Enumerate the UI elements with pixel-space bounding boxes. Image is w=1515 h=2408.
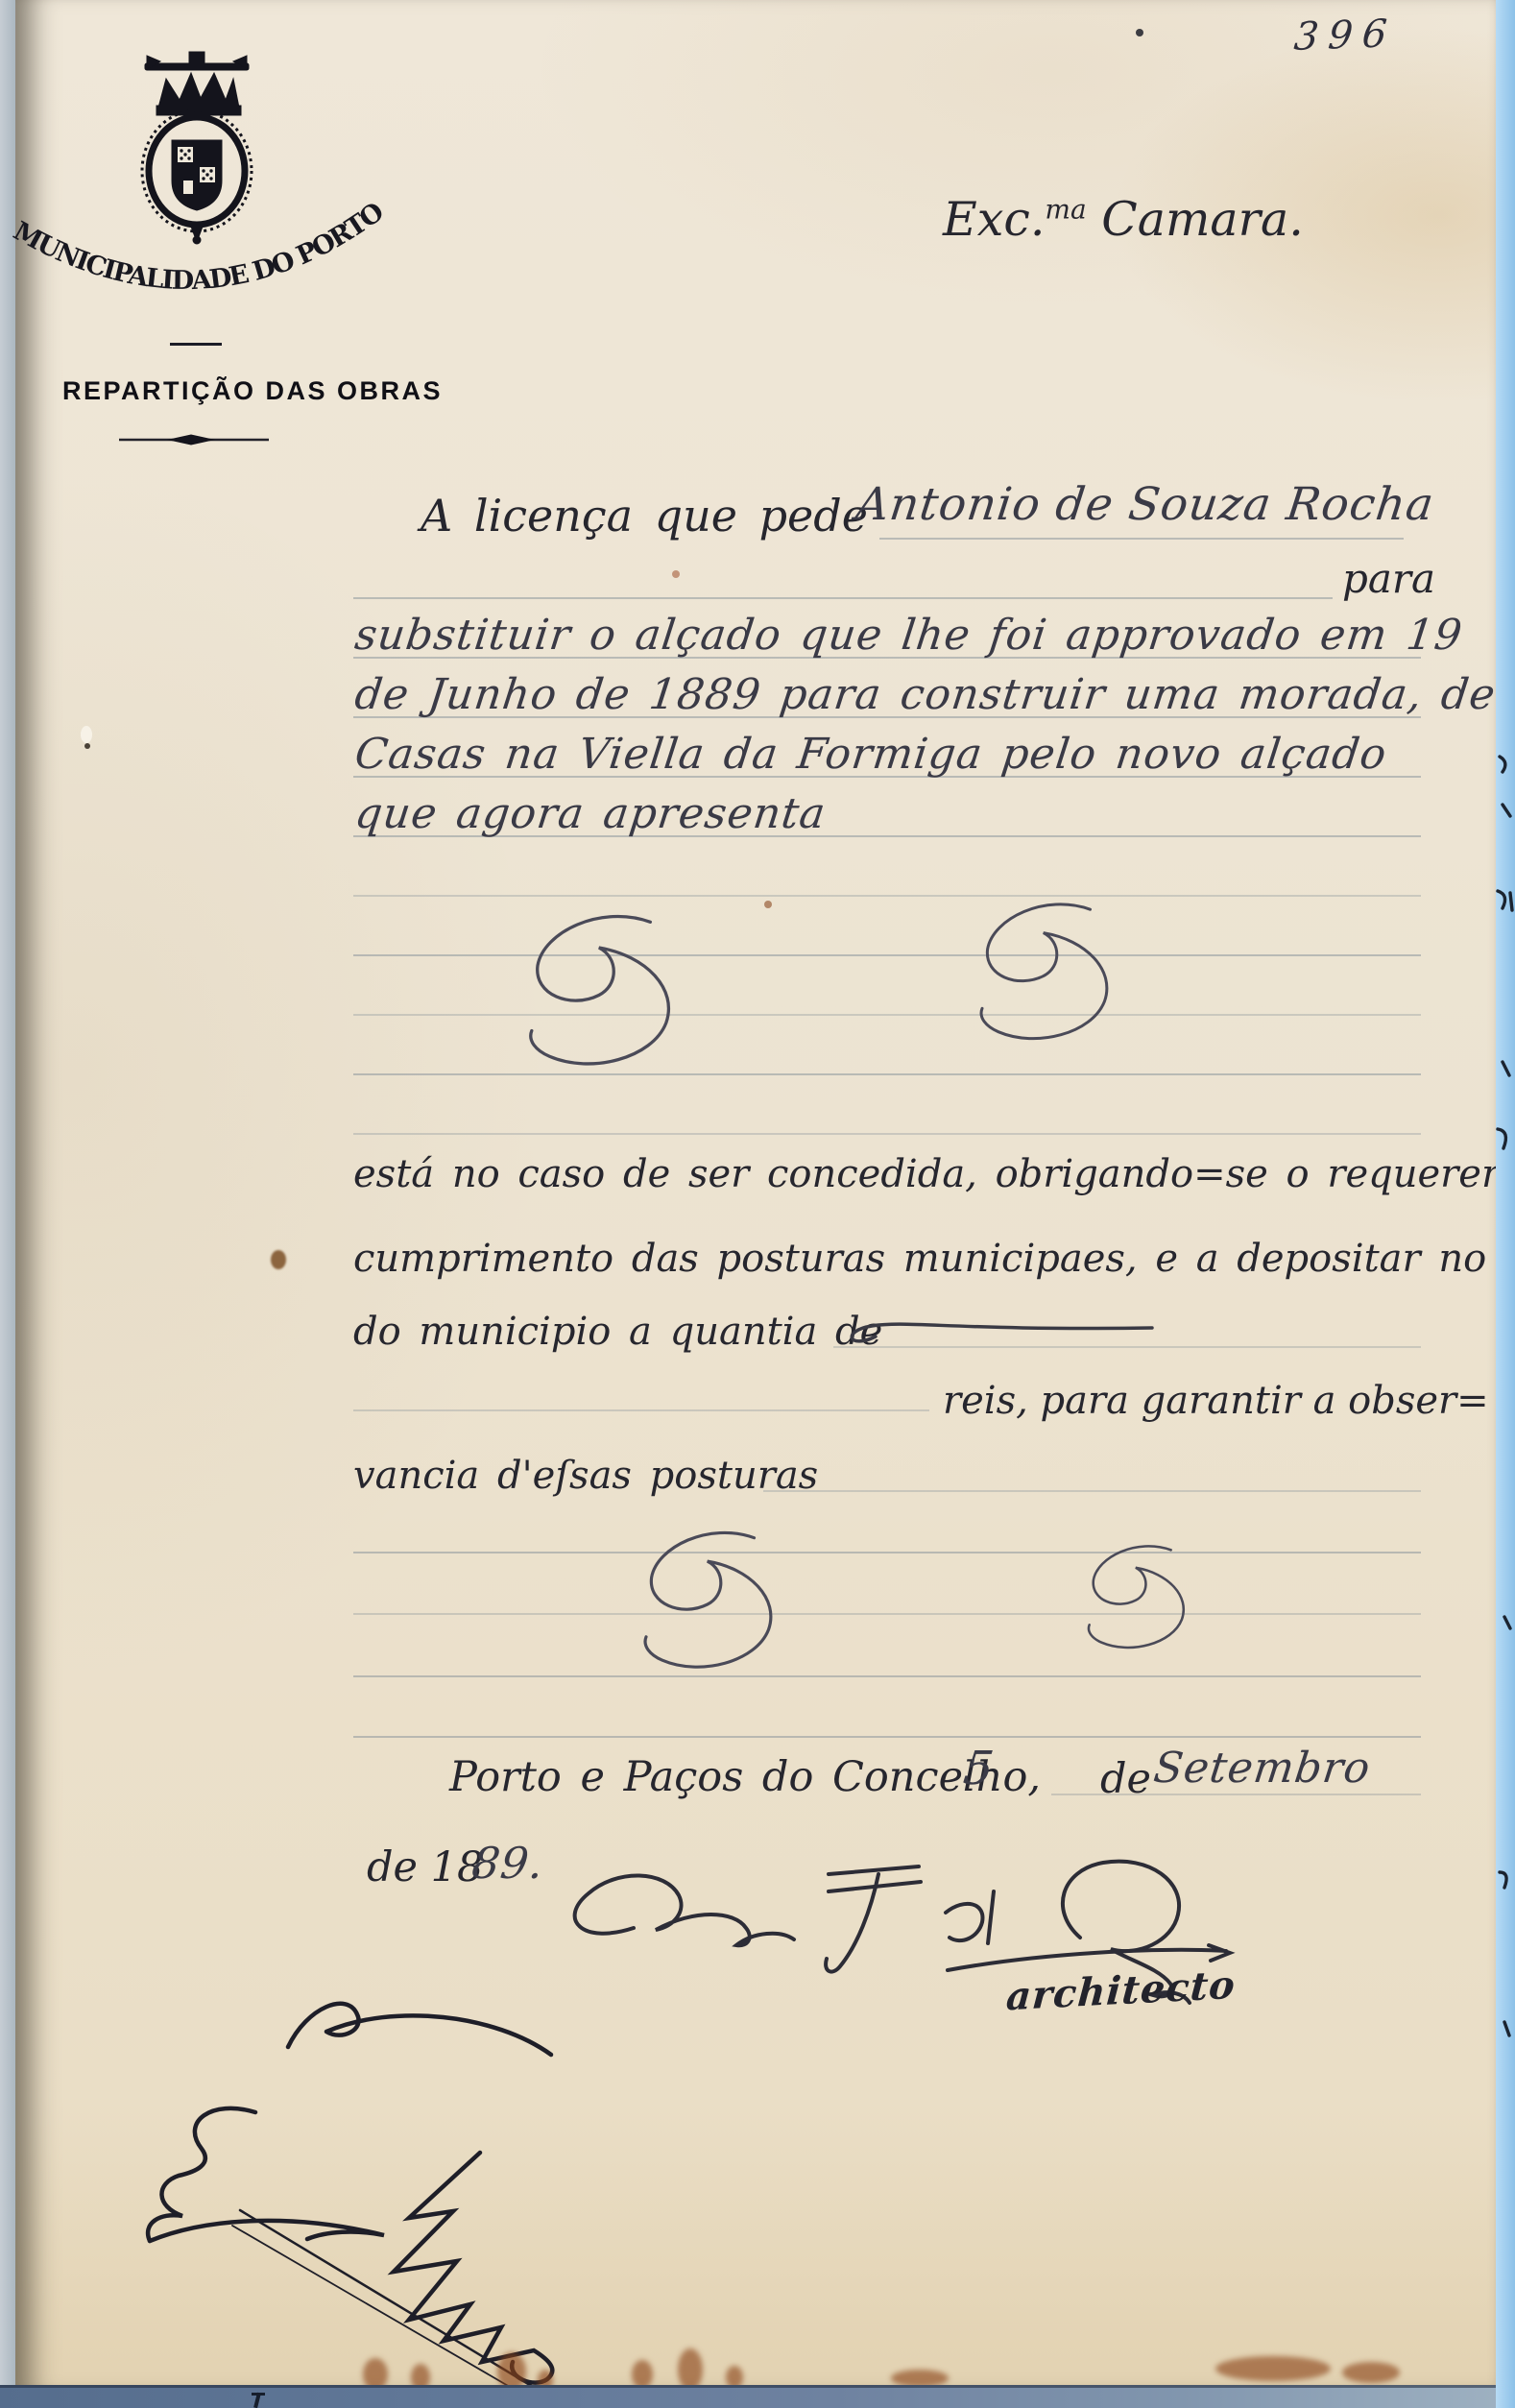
rust-stain — [1215, 2356, 1331, 2381]
ruled-line — [353, 1133, 1421, 1135]
next-page-ink-marks — [1496, 0, 1515, 2408]
department-title: REPARTIÇÃO DAS OBRAS — [62, 376, 443, 406]
approval-signature-scrawl — [67, 1987, 586, 2405]
dateline-year-printed: de 18 — [367, 1843, 483, 1891]
ruled-line — [353, 1613, 1421, 1615]
stain-spot — [84, 743, 90, 749]
ruled-line — [353, 895, 1421, 897]
letterhead-arched-title: MUNICIPALIDADE DO PORTO — [0, 188, 413, 361]
ruled-line — [353, 1736, 1421, 1738]
request-line: Casas na Viella da Formiga pelo novo alç… — [352, 730, 1390, 779]
scanned-document-page: MUNICIPALIDADE DO PORTO REPARTIÇÃO DAS O… — [0, 0, 1515, 2408]
ruled-line — [353, 1409, 929, 1411]
ruled-line — [879, 538, 1404, 540]
desk-surface-left — [0, 0, 16, 2408]
salutation-suffix: Camara. — [1101, 192, 1304, 247]
flourish-mark — [574, 1529, 790, 1682]
paper-chip — [81, 726, 92, 743]
arrow-divider — [117, 432, 271, 447]
request-line: de Junho de 1889 para construir uma mora… — [352, 670, 1499, 719]
dateline-month: Setembro — [1151, 1744, 1374, 1793]
petition-opening: A licença que pede — [421, 490, 868, 542]
dateline-de: de — [1100, 1755, 1151, 1803]
stain-spot — [672, 570, 680, 578]
salutation-prefix: Exc. — [943, 192, 1045, 247]
clause-line: vancia d'eſsas posturas — [353, 1454, 818, 1498]
flourish-mark — [1035, 1536, 1198, 1666]
request-line: substituir o alçado que lhe foi approvad… — [352, 611, 1465, 660]
desk-surface-bottom — [0, 2385, 1515, 2408]
salutation-superscript: ma — [1045, 194, 1086, 226]
ruled-line — [353, 1552, 1421, 1553]
dateline-place: Porto e Paços do Concelho, — [449, 1753, 1041, 1801]
stain-spot — [271, 1250, 286, 1269]
handwritten-dash — [835, 1313, 1162, 1356]
flourish-mark — [451, 912, 691, 1080]
ruled-line — [353, 597, 1333, 599]
petition-para: para — [1342, 555, 1435, 602]
clause-line: cumprimento das posturas municipaes, e a… — [353, 1237, 1515, 1281]
request-line: que agora apresenta — [352, 789, 829, 838]
desk-mark — [252, 2393, 265, 2396]
stain-spot — [764, 901, 772, 908]
clause-line: do municipio a quantia de — [353, 1310, 882, 1354]
municipality-title: MUNICIPALIDADE DO PORTO — [9, 196, 392, 296]
petitioner-name: Antonio de Souza Rocha — [854, 478, 1437, 531]
clause-line: reis, para garantir a obser= — [943, 1379, 1489, 1423]
ruled-line — [353, 1675, 1421, 1677]
rust-stain — [1342, 2362, 1400, 2383]
flourish-mark — [910, 888, 1126, 1066]
clause-line: está no caso de ser concedida, obrigando… — [353, 1152, 1515, 1196]
salutation: Exc.ma Camara. — [943, 192, 1304, 247]
letterhead-small-divider — [170, 343, 222, 346]
page-number: 396 — [1292, 12, 1398, 60]
ruled-line — [763, 1490, 1421, 1492]
dateline-year-handwritten: 89. — [469, 1838, 547, 1889]
stain-spot — [1136, 29, 1143, 36]
svg-text:MUNICIPALIDADE DO PORTO: MUNICIPALIDADE DO PORTO — [9, 196, 392, 296]
